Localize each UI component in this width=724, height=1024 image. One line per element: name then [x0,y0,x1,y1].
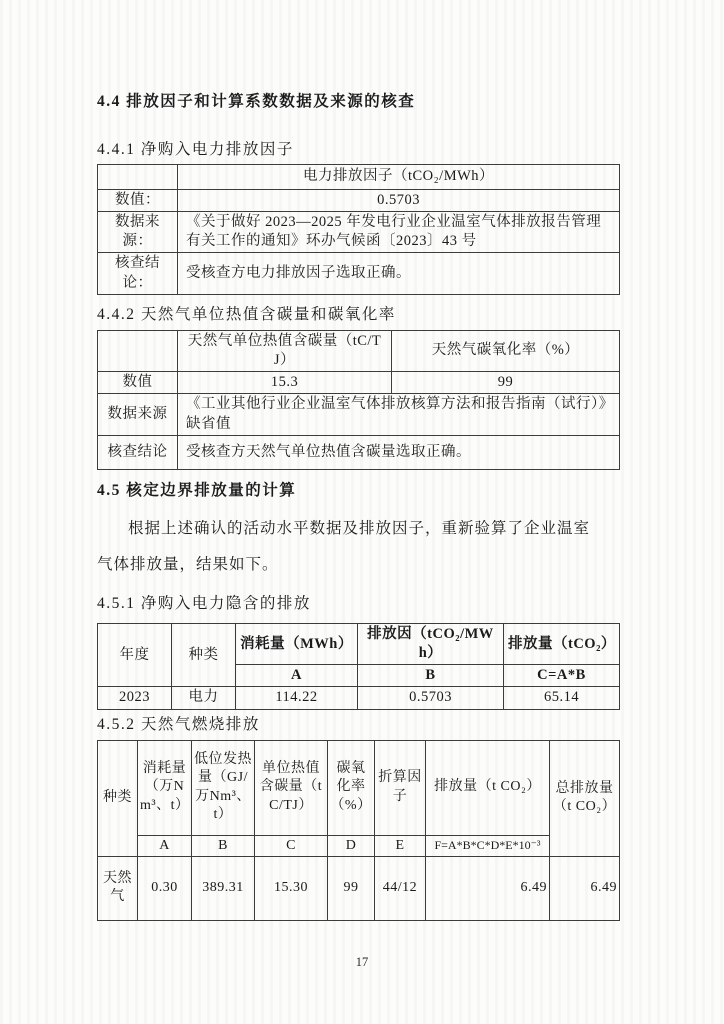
emission-cell: 65.14 [504,687,620,709]
conversion-factor-header-cell: 折算因子 [375,740,426,835]
emission-cell: 6.49 [426,856,550,920]
col-e-header-cell: E [375,835,426,856]
emission-header-cell: 排放量（t CO₂） [426,740,550,835]
body-paragraph-line1: 根据上述确认的活动水平数据及排放因子，重新验算了企业温室 [97,519,619,539]
gas-emission-table: 种类 消耗量（万Nm³、t） 低位发热量（GJ/万Nm³、t） 单位热值含碳量（… [97,740,620,921]
empty-corner-cell [98,330,178,371]
gas-params-table: 天然气单位热值含碳量（tC/TJ） 天然气碳氧化率（%） 数值 15.3 99 … [97,330,620,470]
col-b-header-cell: B [358,665,504,687]
conclusion-label-cell: 核查结论： [98,253,178,294]
electricity-factor-header-cell: 电力排放因子（tCO₂/MWh） [178,165,620,190]
section-heading-4-5-2: 4.5.2 天然气燃烧排放 [97,716,619,734]
consumption-cell: 0.30 [138,856,192,920]
document-page: 4.4 排放因子和计算系数数据及来源的核查 4.4.1 净购入电力排放因子 电力… [0,0,724,1024]
empty-corner-cell [98,165,178,190]
heat-value-header-cell: 低位发热量（GJ/万Nm³、t） [192,740,255,835]
electricity-factor-table: 电力排放因子（tCO₂/MWh） 数值： 0.5703 数据来源： 《关于做好 … [97,164,620,295]
conclusion-label-cell: 核查结论 [98,436,178,470]
carbon-content-value-cell: 15.3 [178,371,392,393]
total-emission-cell: 6.49 [550,856,620,920]
type-header-cell: 种类 [172,624,236,687]
conclusion-cell: 受核查方天然气单位热值含碳量选取正确。 [178,436,620,470]
conversion-factor-cell: 44/12 [375,856,426,920]
table-row: 天然气 0.30 389.31 15.30 99 44/12 6.49 6.49 [98,856,620,920]
year-cell: 2023 [98,687,172,709]
oxidation-rate-header-cell: 碳氧化率（%） [328,740,375,835]
year-header-cell: 年度 [98,624,172,687]
oxidation-rate-header-cell: 天然气碳氧化率（%） [392,330,620,371]
type-cell: 电力 [172,687,236,709]
table-row: 2023 电力 114.22 0.5703 65.14 [98,687,620,709]
source-label-cell: 数据来源： [98,212,178,253]
factor-header-cell: 排放因（tCO₂/MWh） [358,624,504,665]
col-f-header-cell: F=A*B*C*D*E*10⁻³ [426,835,550,856]
col-c-header-cell: C=A*B [504,665,620,687]
section-heading-4-5: 4.5 核定边界排放量的计算 [97,482,619,500]
total-emission-header-cell: 总排放量（t CO₂） [550,740,620,856]
value-cell: 0.5703 [178,190,620,212]
section-heading-4-4: 4.4 排放因子和计算系数数据及来源的核查 [97,93,619,111]
type-header-cell: 种类 [98,740,138,856]
col-a-header-cell: A [138,835,192,856]
section-heading-4-5-1: 4.5.1 净购入电力隐含的排放 [97,595,619,613]
carbon-content-cell: 15.30 [255,856,328,920]
col-d-header-cell: D [328,835,375,856]
conclusion-cell: 受核查方电力排放因子选取正确。 [178,253,620,294]
source-cell: 《工业其他行业企业温室气体排放核算方法和报告指南（试行）》缺省值 [178,394,620,436]
section-heading-4-4-1: 4.4.1 净购入电力排放因子 [97,141,619,159]
section-heading-4-4-2: 4.4.2 天然气单位热值含碳量和碳氧化率 [97,306,619,324]
oxidation-rate-value-cell: 99 [392,371,620,393]
page-number: 17 [0,955,724,970]
value-label-cell: 数值： [98,190,178,212]
type-cell: 天然气 [98,856,138,920]
page-content: 4.4 排放因子和计算系数数据及来源的核查 4.4.1 净购入电力排放因子 电力… [97,0,619,921]
oxidation-rate-cell: 99 [328,856,375,920]
factor-cell: 0.5703 [358,687,504,709]
electricity-emission-table: 年度 种类 消耗量（MWh） 排放因（tCO₂/MWh） 排放量（tCO₂） A… [97,623,620,710]
emission-header-cell: 排放量（tCO₂） [504,624,620,665]
consumption-header-cell: 消耗量（万Nm³、t） [138,740,192,835]
source-cell: 《关于做好 2023—2025 年发电行业企业温室气体排放报告管理有关工作的通知… [178,212,620,253]
carbon-content-header-cell: 单位热值含碳量（tC/TJ） [255,740,328,835]
col-c-header-cell: C [255,835,328,856]
consumption-cell: 114.22 [236,687,358,709]
heat-value-cell: 389.31 [192,856,255,920]
body-paragraph-line2: 气体排放量，结果如下。 [97,555,619,575]
value-label-cell: 数值 [98,371,178,393]
consumption-header-cell: 消耗量（MWh） [236,624,358,665]
carbon-content-header-cell: 天然气单位热值含碳量（tC/TJ） [178,330,392,371]
col-a-header-cell: A [236,665,358,687]
col-b-header-cell: B [192,835,255,856]
source-label-cell: 数据来源 [98,394,178,436]
